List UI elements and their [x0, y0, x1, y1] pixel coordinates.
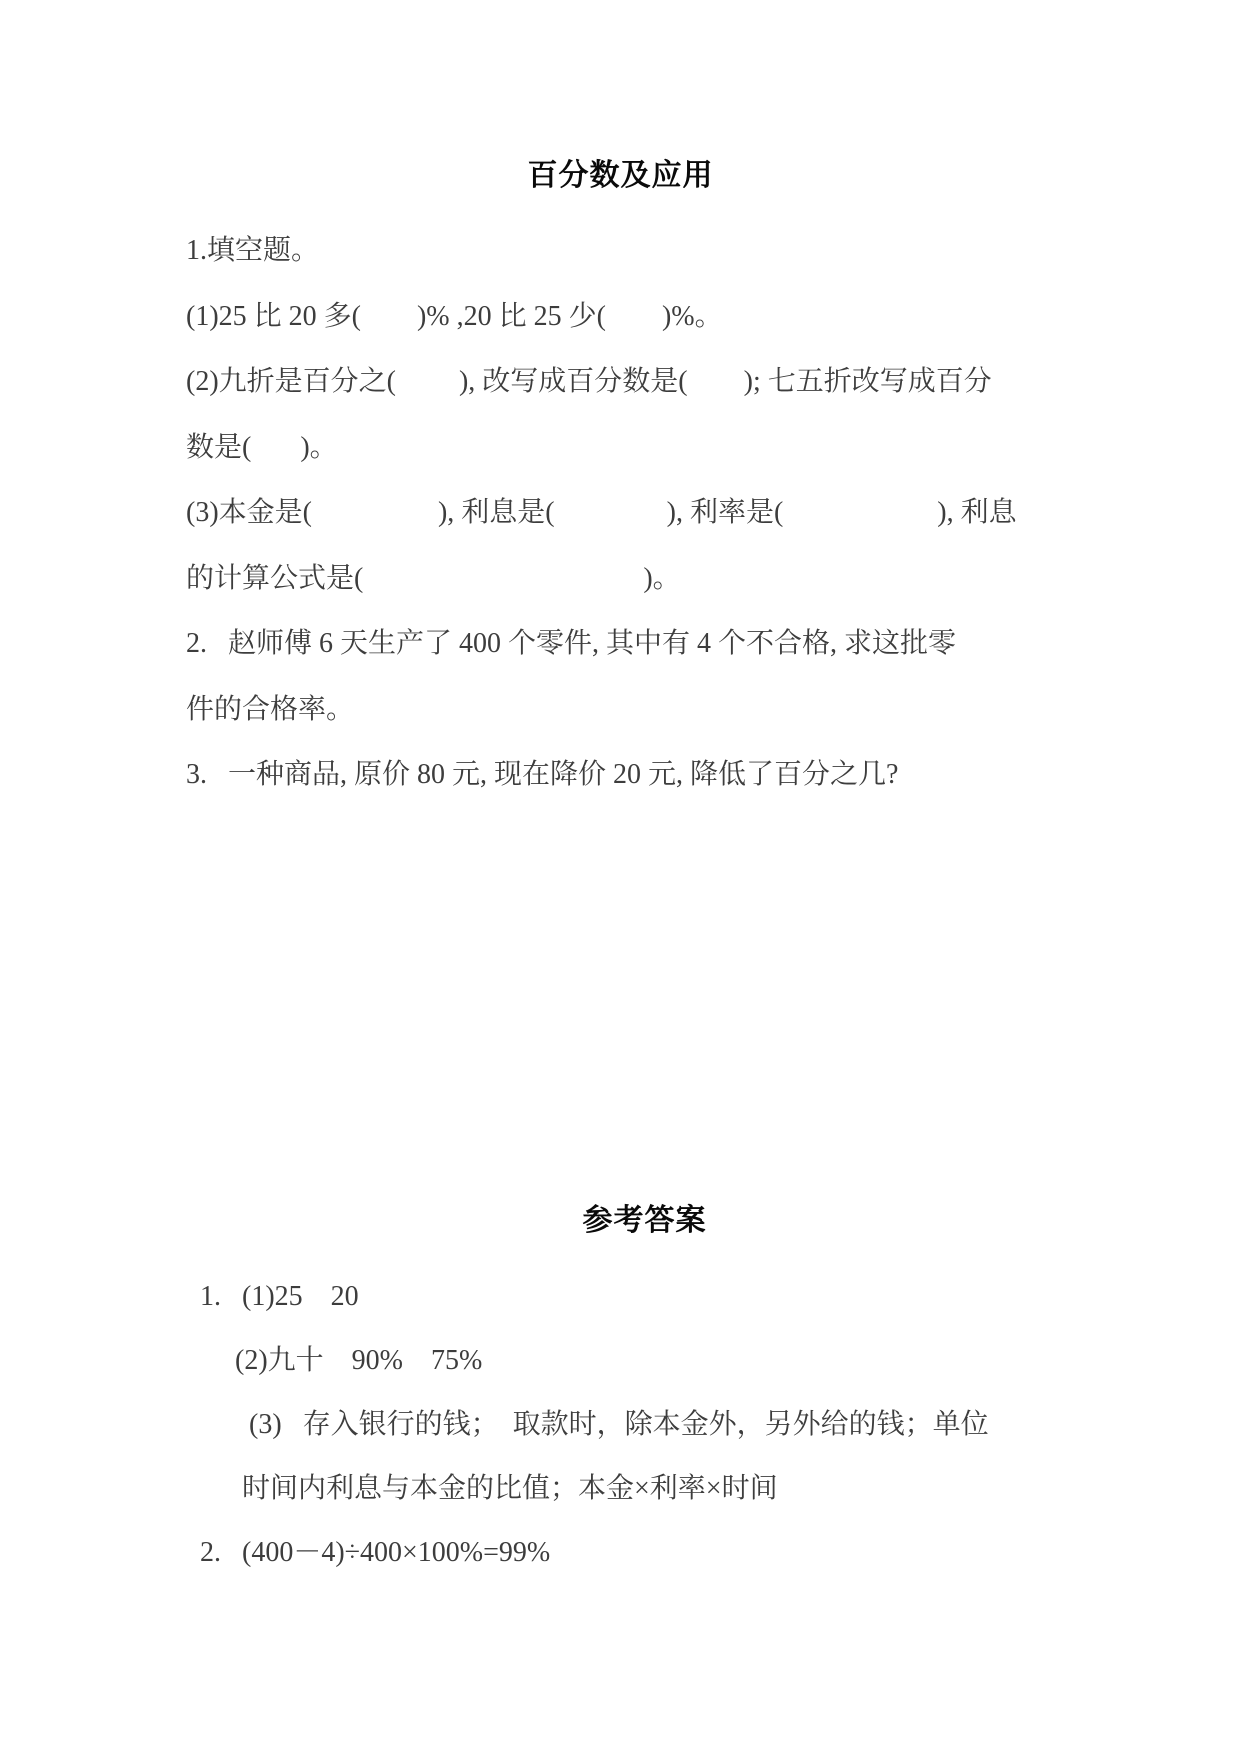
answer-line-1-part-3: (3) 存入银行的钱； 取款时，除本金外，另外给的钱；单位	[186, 1393, 1146, 1457]
answer-line-2: 2. (400－4)÷400×100%=99%	[186, 1521, 1146, 1585]
answer-line-1-part-3-wrap: 时间内利息与本金的比值；本金×利率×时间	[186, 1457, 1146, 1521]
question-line-3: 3. 一种商品, 原价 80 元, 现在降价 20 元, 降低了百分之几?	[186, 742, 1106, 808]
answer-line-1-part-2: (2)九十 90% 75%	[186, 1329, 1146, 1393]
worksheet-title: 百分数及应用	[0, 158, 1241, 194]
question-line-1-blank-2-wrap: 数是( )。	[186, 415, 1106, 481]
question-line-1-blank-2: (2)九折是百分之( ), 改写成百分数是( ); 七五折改写成百分	[186, 349, 1106, 415]
question-line-1-blank-3: (3)本金是( ), 利息是( ), 利率是( ), 利息	[186, 480, 1106, 546]
question-line-1-blank-3-wrap: 的计算公式是( )。	[186, 546, 1106, 612]
answers-section: 1. (1)25 20 (2)九十 90% 75% (3) 存入银行的钱； 取款…	[186, 1265, 1146, 1585]
question-line-1-heading: 1.填空题。	[186, 218, 1106, 284]
question-line-2: 2. 赵师傅 6 天生产了 400 个零件, 其中有 4 个不合格, 求这批零	[186, 611, 1106, 677]
answer-line-1-part-1: 1. (1)25 20	[186, 1265, 1146, 1329]
questions-section: 1.填空题。 (1)25 比 20 多( )% ,20 比 25 少( )%。 …	[186, 218, 1106, 808]
answers-heading: 参考答案	[0, 1203, 1241, 1239]
worksheet-page: 百分数及应用 1.填空题。 (1)25 比 20 多( )% ,20 比 25 …	[0, 0, 1241, 1754]
question-line-2-wrap: 件的合格率。	[186, 677, 1106, 743]
question-line-1-blank-1: (1)25 比 20 多( )% ,20 比 25 少( )%。	[186, 284, 1106, 350]
